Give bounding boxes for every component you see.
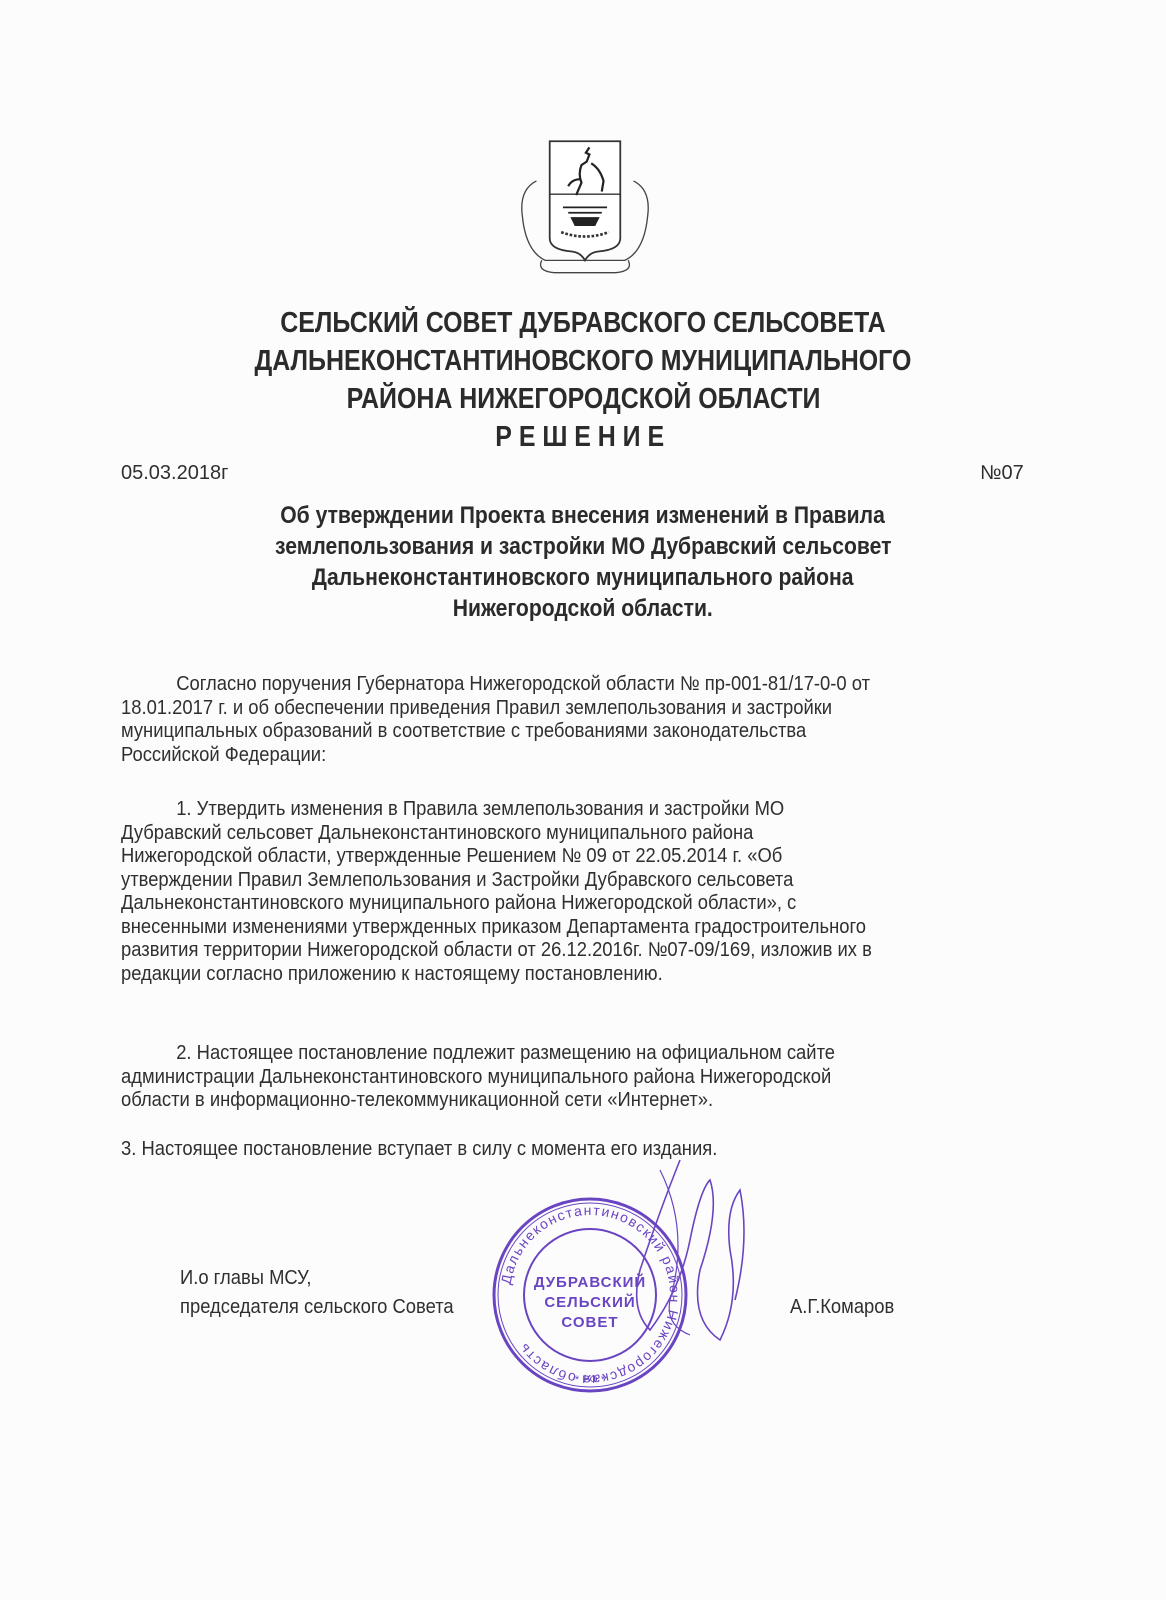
document-date: 05.03.2018г bbox=[121, 462, 228, 485]
document-page: СЕЛЬСКИЙ СОВЕТ ДУБРАВСКОГО СЕЛЬСОВЕТА ДА… bbox=[0, 0, 1166, 1600]
signature-icon bbox=[620, 1150, 760, 1350]
signatory-title-2: председателя сельского Совета bbox=[180, 1296, 477, 1319]
item-2-paragraph: 2. Настоящее постановление подлежит разм… bbox=[121, 1042, 1061, 1113]
document-title-line-1: Об утверждении Проекта внесения изменени… bbox=[0, 500, 1166, 531]
svg-text:* РФ *: * РФ * bbox=[575, 1374, 606, 1386]
document-title-line-2: землепользования и застройки МО Дубравск… bbox=[0, 531, 1166, 562]
signatory-title-1: И.о главы МСУ, bbox=[180, 1267, 323, 1290]
preamble-paragraph: Согласно поручения Губернатора Нижегород… bbox=[121, 673, 1061, 767]
svg-text:СОВЕТ: СОВЕТ bbox=[561, 1314, 618, 1331]
item-3-paragraph: 3. Настоящее постановление вступает в си… bbox=[121, 1138, 1061, 1162]
document-title-line-4: Нижегородской области. bbox=[0, 593, 1166, 624]
council-header-line-3: РАЙОНА НИЖЕГОРОДСКОЙ ОБЛАСТИ bbox=[0, 380, 1166, 418]
document-number: №07 bbox=[980, 462, 1024, 485]
document-title-line-3: Дальнеконстантиновского муниципального р… bbox=[0, 562, 1166, 593]
council-header-line-2: ДАЛЬНЕКОНСТАНТИНОВСКОГО МУНИЦИПАЛЬНОГО bbox=[0, 342, 1166, 380]
document-type: РЕШЕНИЕ bbox=[0, 418, 1166, 456]
signatory-name: А.Г.Комаров bbox=[790, 1296, 903, 1319]
coat-of-arms-icon bbox=[510, 128, 660, 278]
item-1-paragraph: 1. Утвердить изменения в Правила землепо… bbox=[121, 798, 1061, 986]
council-header-line-1: СЕЛЬСКИЙ СОВЕТ ДУБРАВСКОГО СЕЛЬСОВЕТА bbox=[0, 304, 1166, 342]
